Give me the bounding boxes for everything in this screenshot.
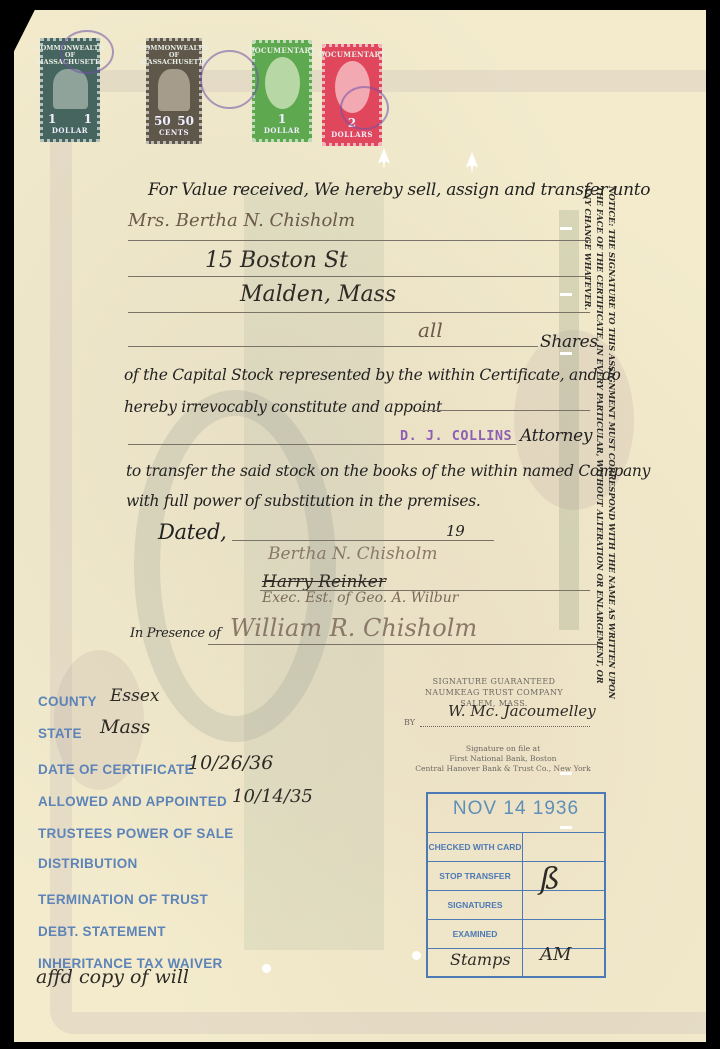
assignment-capital-line: of the Capital Stock represented by the …	[124, 366, 621, 384]
perforation-slit	[560, 293, 572, 296]
witness-signature: William R. Chisholm	[230, 614, 477, 642]
signature-title: Exec. Est. of Geo. A. Wilbur	[262, 590, 458, 606]
checklist-county-value: Essex	[110, 686, 160, 706]
portrait-icon	[265, 57, 300, 109]
row-stop-transfer: STOP TRANSFER	[428, 862, 523, 890]
guarantee-by-label: BY	[404, 718, 415, 727]
row-signatures: SIGNATURES	[428, 891, 523, 919]
guarantee-by-line	[420, 726, 590, 727]
rule-line	[128, 346, 538, 347]
shield-icon	[53, 69, 88, 109]
attorney-label: Attorney	[520, 426, 592, 446]
checklist-distribution: DISTRIBUTION	[38, 856, 138, 871]
checklist-state-value: Mass	[100, 716, 150, 738]
assignment-intro: For Value received, We hereby sell, assi…	[148, 180, 650, 200]
ghost-emblem	[134, 390, 336, 742]
checklist-trustees-power: TRUSTEES POWER OF SALE	[38, 826, 234, 841]
transfer-initials: AM	[540, 944, 571, 965]
tax-stamp-ma-50-cents: COMMONWEALTH OF MASSACHUSETTS 5050 CENTS	[146, 38, 202, 144]
dated-label: Dated,	[158, 520, 227, 544]
rule-line	[420, 410, 590, 411]
presence-label: In Presence of	[130, 626, 221, 641]
rule-line	[128, 240, 590, 241]
witness-line	[208, 644, 598, 645]
date-line	[232, 540, 494, 541]
row-examined: EXAMINED	[428, 920, 523, 948]
shield-icon	[158, 69, 190, 111]
assignment-appoint-line: hereby irrevocably constitute and appoin…	[124, 398, 442, 416]
notice-text: NOTICE: THE SIGNATURE TO THIS ASSIGNMENT…	[588, 186, 618, 706]
checklist-state: STATE	[38, 726, 82, 741]
perforation-slit	[560, 227, 572, 230]
year-prefix: 19	[446, 522, 465, 540]
assignee-city: Malden, Mass	[240, 282, 396, 307]
checklist-allowed-value: 10/14/35	[232, 786, 313, 807]
guarantor-signature: W. Mc. Jacoumelley	[448, 702, 596, 720]
cancellation-mark	[200, 50, 259, 109]
signature-on-file: Signature on file at First National Bank…	[390, 744, 616, 774]
checklist-inheritance-value: affd copy of will	[36, 966, 189, 988]
assignment-transfer-line: to transfer the said stock on the books …	[126, 462, 650, 480]
transfer-handwritten: Stamps	[450, 950, 511, 969]
checklist-date-value: 10/26/36	[188, 752, 273, 774]
assignee-name: Mrs. Bertha N. Chisholm	[128, 210, 355, 231]
signature-bertha: Bertha N. Chisholm	[268, 544, 437, 564]
checklist-county: COUNTY	[38, 694, 97, 709]
punch-hole	[262, 964, 271, 973]
rule-line	[128, 444, 516, 445]
checklist-debt-statement: DEBT. STATEMENT	[38, 924, 166, 939]
shares-amount: all	[418, 318, 443, 342]
cancellation-mark	[60, 30, 114, 74]
checklist-termination-trust: TERMINATION OF TRUST	[38, 892, 208, 907]
transfer-date: NOV 14 1936	[428, 798, 604, 820]
checklist-date-of-certificate: DATE OF CERTIFICATE	[38, 762, 194, 777]
cancellation-mark	[340, 86, 389, 130]
signature-harry: Harry Reinker	[262, 572, 386, 592]
scribble-initial: ß	[540, 862, 560, 897]
row-checked-with-card: CHECKED WITH CARD	[428, 833, 523, 861]
assignment-power-line: with full power of substitution in the p…	[126, 492, 481, 510]
perforation-slit	[560, 352, 572, 355]
attorney-stamp: D. J. COLLINS	[400, 428, 512, 444]
rule-line	[128, 312, 590, 313]
checklist-allowed-appointed: ALLOWED AND APPOINTED	[38, 794, 227, 809]
punch-hole	[412, 951, 421, 960]
tax-stamp-documentary-1-dollar: DOCUMENTARY 1 DOLLAR	[252, 40, 312, 142]
rule-line	[128, 276, 590, 277]
assignee-street: 15 Boston St	[205, 248, 348, 273]
